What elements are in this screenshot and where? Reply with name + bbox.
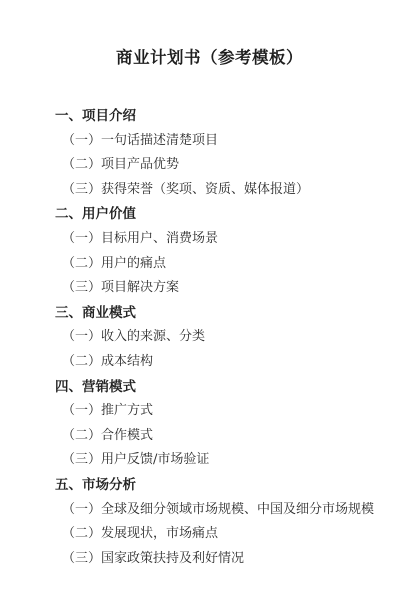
document-body: 一、项目介绍（一）一句话描述清楚项目（二）项目产品优势（三）获得荣誉（奖项、资质… <box>0 104 419 571</box>
outline-item: （二）项目产品优势 <box>0 153 419 178</box>
outline-item: （三）项目解决方案 <box>0 276 419 301</box>
outline-item: （二）发展现状，市场痛点 <box>0 522 419 547</box>
document-page: 商业计划书（参考模板） 一、项目介绍（一）一句话描述清楚项目（二）项目产品优势（… <box>0 0 419 600</box>
section-heading: 三、商业模式 <box>0 301 419 326</box>
outline-item: （三）获得荣誉（奖项、资质、媒体报道） <box>0 178 419 203</box>
outline-item: （一）收入的来源、分类 <box>0 325 419 350</box>
outline-item: （三）国家政策扶持及利好情况 <box>0 547 419 572</box>
outline-item: （二）成本结构 <box>0 350 419 375</box>
outline-item: （一）一句话描述清楚项目 <box>0 129 419 154</box>
outline-item: （一）目标用户、消费场景 <box>0 227 419 252</box>
outline-item: （二）用户的痛点 <box>0 252 419 277</box>
section-heading: 四、营销模式 <box>0 375 419 400</box>
section-heading: 一、项目介绍 <box>0 104 419 129</box>
outline-item: （二）合作模式 <box>0 424 419 449</box>
outline-item: （三）用户反馈/市场验证 <box>0 448 419 473</box>
section-heading: 二、用户价值 <box>0 202 419 227</box>
section-heading: 五、市场分析 <box>0 473 419 498</box>
outline-item: （一）推广方式 <box>0 399 419 424</box>
outline-item: （一）全球及细分领域市场规模、中国及细分市场规模 <box>0 498 419 523</box>
document-title: 商业计划书（参考模板） <box>0 0 419 68</box>
